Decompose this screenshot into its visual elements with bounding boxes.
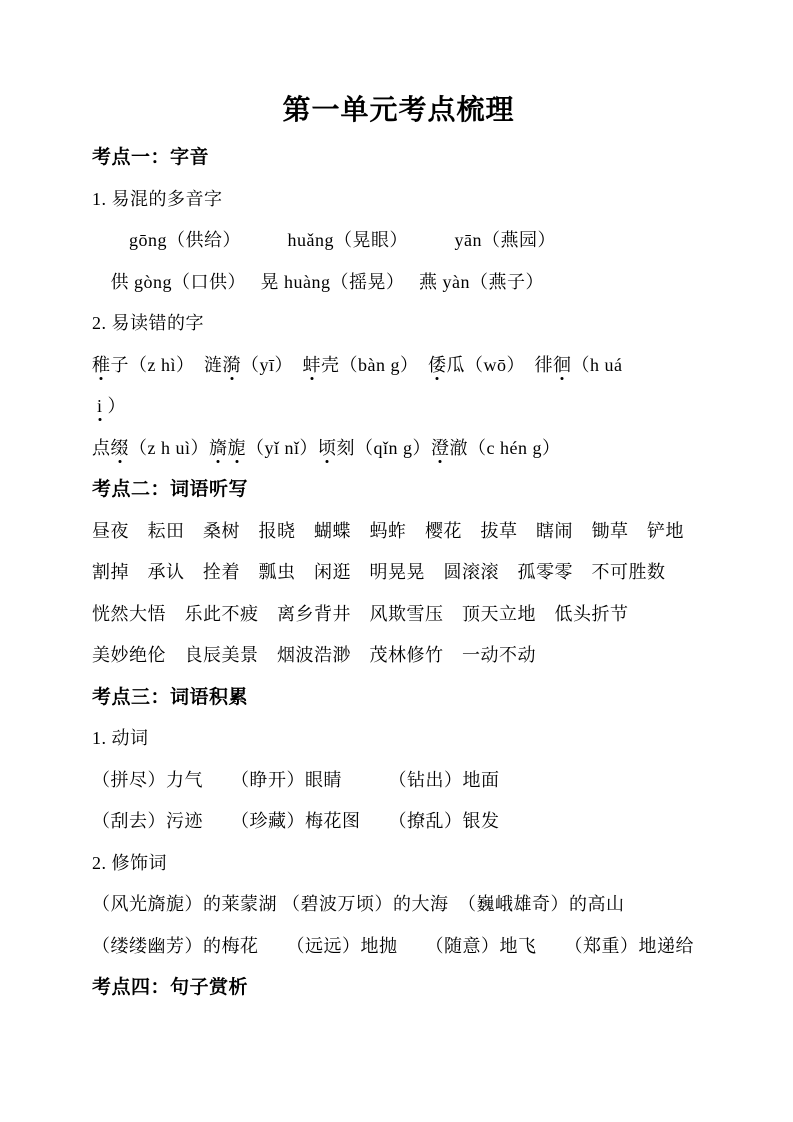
emphasized-char: 旖	[209, 438, 228, 458]
document-page: 第一单元考点梳理 考点一：字音1. 易混的多音字 gōng（供给） huǎng（…	[0, 0, 793, 1122]
document-body: 考点一：字音1. 易混的多音字 gōng（供给） huǎng（晃眼） yān（燕…	[92, 137, 705, 1009]
text-segment: ）	[103, 396, 127, 416]
paragraph-line: 1. 动词	[92, 718, 705, 760]
paragraph-line: 2. 易读错的字	[92, 303, 705, 345]
paragraph-line: 稚子（z hì） 涟漪（yī） 蚌壳（bàn g） 倭瓜（wō） 徘徊（h uá	[92, 345, 705, 387]
emphasized-char: 徊	[553, 355, 572, 375]
emphasized-char: 倭	[428, 355, 447, 375]
text-segment: 徘	[535, 355, 554, 375]
text-segment: 子（z hì）	[111, 355, 205, 375]
section-heading: 考点三：词语积累	[92, 677, 705, 719]
paragraph-line: 2. 修饰词	[92, 843, 705, 885]
emphasized-char: 稚	[92, 355, 111, 375]
emphasized-char: 漪	[223, 355, 242, 375]
paragraph-line: （风光旖旎）的莱蒙湖 （碧波万顷）的大海 （巍峨雄奇）的高山	[92, 884, 705, 926]
paragraph-line: 昼夜 耘田 桑树 报晓 蝴蝶 蚂蚱 樱花 拔草 瞎闹 锄草 铲地	[92, 511, 705, 553]
text-segment: 涟	[204, 355, 223, 375]
paragraph-line: （拼尽）力气 （睁开）眼睛 （钻出）地面	[92, 760, 705, 802]
paragraph-line: 1. 易混的多音字	[92, 179, 705, 221]
emphasized-char: 缀	[111, 438, 130, 458]
text-segment: （yǐ nǐ）	[246, 438, 318, 458]
text-segment: 壳（bàn g）	[321, 355, 428, 375]
paragraph-line: gōng（供给） huǎng（晃眼） yān（燕园）	[92, 220, 705, 262]
text-segment: 瓜（wō）	[447, 355, 535, 375]
paragraph-line: （缕缕幽芳）的梅花 （远远）地抛 （随意）地飞 （郑重）地递给	[92, 926, 705, 968]
emphasized-char: i	[97, 396, 103, 416]
emphasized-char: 旎	[228, 438, 247, 458]
section-heading: 考点一：字音	[92, 137, 705, 179]
paragraph-line: 割掉 承认 拴着 瓢虫 闲逛 明晃晃 圆滚滚 孤零零 不可胜数	[92, 552, 705, 594]
emphasized-char: 顷	[318, 438, 337, 458]
emphasized-char: 蚌	[303, 355, 322, 375]
text-segment: （z h uì）	[129, 438, 209, 458]
paragraph-line: 美妙绝伦 良辰美景 烟波浩渺 茂林修竹 一动不动	[92, 635, 705, 677]
paragraph-line: i ）	[92, 386, 705, 428]
paragraph-line: 供 gòng（口供） 晃 huàng（摇晃） 燕 yàn（燕子）	[92, 262, 705, 304]
paragraph-line: 点缀（z h uì）旖旎（yǐ nǐ）顷刻（qǐn g）澄澈（c hén g）	[92, 428, 705, 470]
text-segment: 刻（qǐn g）	[337, 438, 432, 458]
text-segment: （yī）	[241, 355, 303, 375]
text-segment: 澈（c hén g）	[450, 438, 561, 458]
text-segment: （h uá	[572, 355, 623, 375]
text-segment: 点	[92, 438, 111, 458]
emphasized-char: 澄	[431, 438, 450, 458]
section-heading: 考点四：句子赏析	[92, 967, 705, 1009]
paragraph-line: 恍然大悟 乐此不疲 离乡背井 风欺雪压 顶天立地 低头折节	[92, 594, 705, 636]
section-heading: 考点二：词语听写	[92, 469, 705, 511]
document-title: 第一单元考点梳理	[92, 90, 705, 130]
paragraph-line: （刮去）污迹 （珍藏）梅花图 （撩乱）银发	[92, 801, 705, 843]
